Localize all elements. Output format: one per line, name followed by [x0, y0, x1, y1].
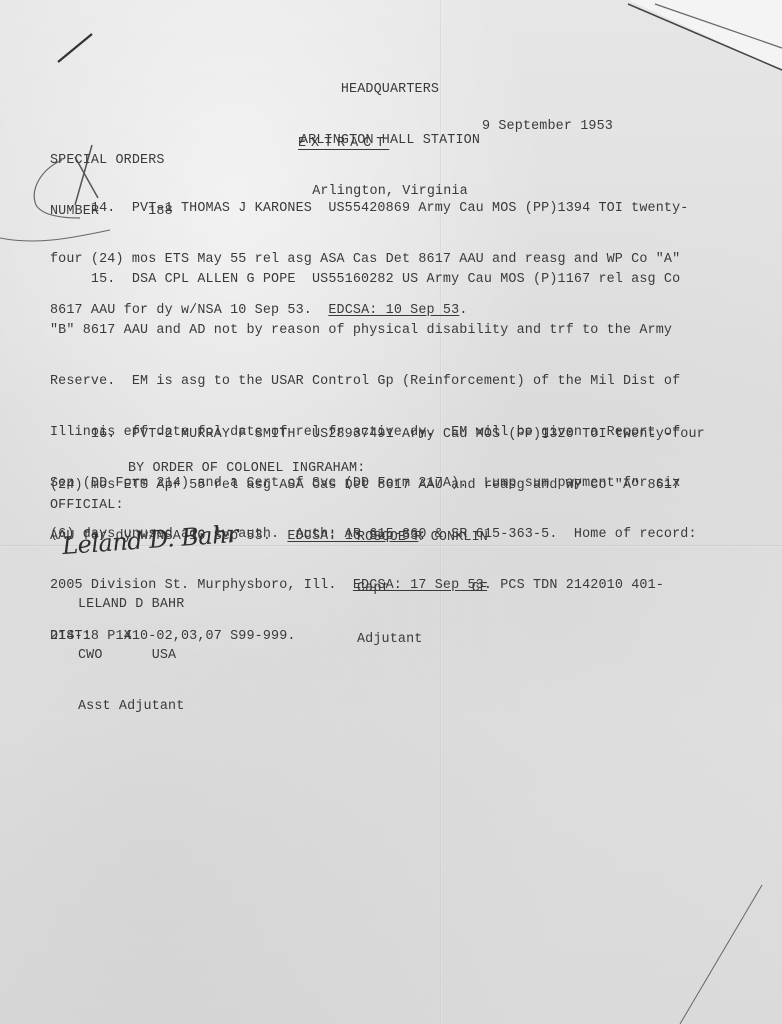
header-line-1: HEADQUARTERS	[250, 81, 530, 98]
paragraph-line: "B" 8617 AAU and AD not by reason of phy…	[50, 322, 697, 339]
adjutant-name: ROSCOE R CONKLIN	[357, 529, 488, 546]
extract-heading: EXTRACT	[298, 135, 389, 152]
official-label: OFFICIAL:	[50, 497, 124, 514]
paragraph-line: 14. PVT-1 THOMAS J KARONES US55420869 Ar…	[50, 200, 688, 217]
order-date: 9 September 1953	[482, 118, 613, 135]
dist-label: DIST:	[50, 629, 91, 644]
asst-adjutant-rank: CWO	[78, 648, 103, 663]
paragraph-line: 15. DSA CPL ALLEN G POPE US55160282 US A…	[50, 271, 697, 288]
adjutant-rank: Capt	[357, 581, 390, 596]
adjutant-title: Adjutant	[357, 631, 488, 648]
paragraph-line: 16. PVT-2 MURRAY F SMITH US28937491 Army…	[50, 426, 705, 443]
asst-adjutant-name: LELAND D BAHR	[78, 596, 184, 613]
asst-adjutant-title: Asst Adjutant	[78, 698, 184, 715]
dist-value: X	[124, 629, 132, 644]
asst-adjutant-block: LELAND D BAHR CWO USA Asst Adjutant	[78, 562, 184, 732]
distribution-line: DIST: X	[50, 628, 132, 645]
adjutant-block: ROSCOE R CONKLIN Capt CE Adjutant	[357, 495, 488, 665]
adjutant-branch: CE	[472, 581, 488, 596]
paragraph-line: Reserve. EM is asg to the USAR Control G…	[50, 373, 697, 390]
by-order-line: BY ORDER OF COLONEL INGRAHAM:	[128, 460, 365, 477]
paragraph-line: . PCS TDN 2142010 401-	[484, 578, 664, 593]
asst-adjutant-branch: USA	[152, 648, 177, 663]
paragraph-line: (24) mos ETS Apr 55 rel asg ASA Cas Det …	[50, 477, 705, 494]
